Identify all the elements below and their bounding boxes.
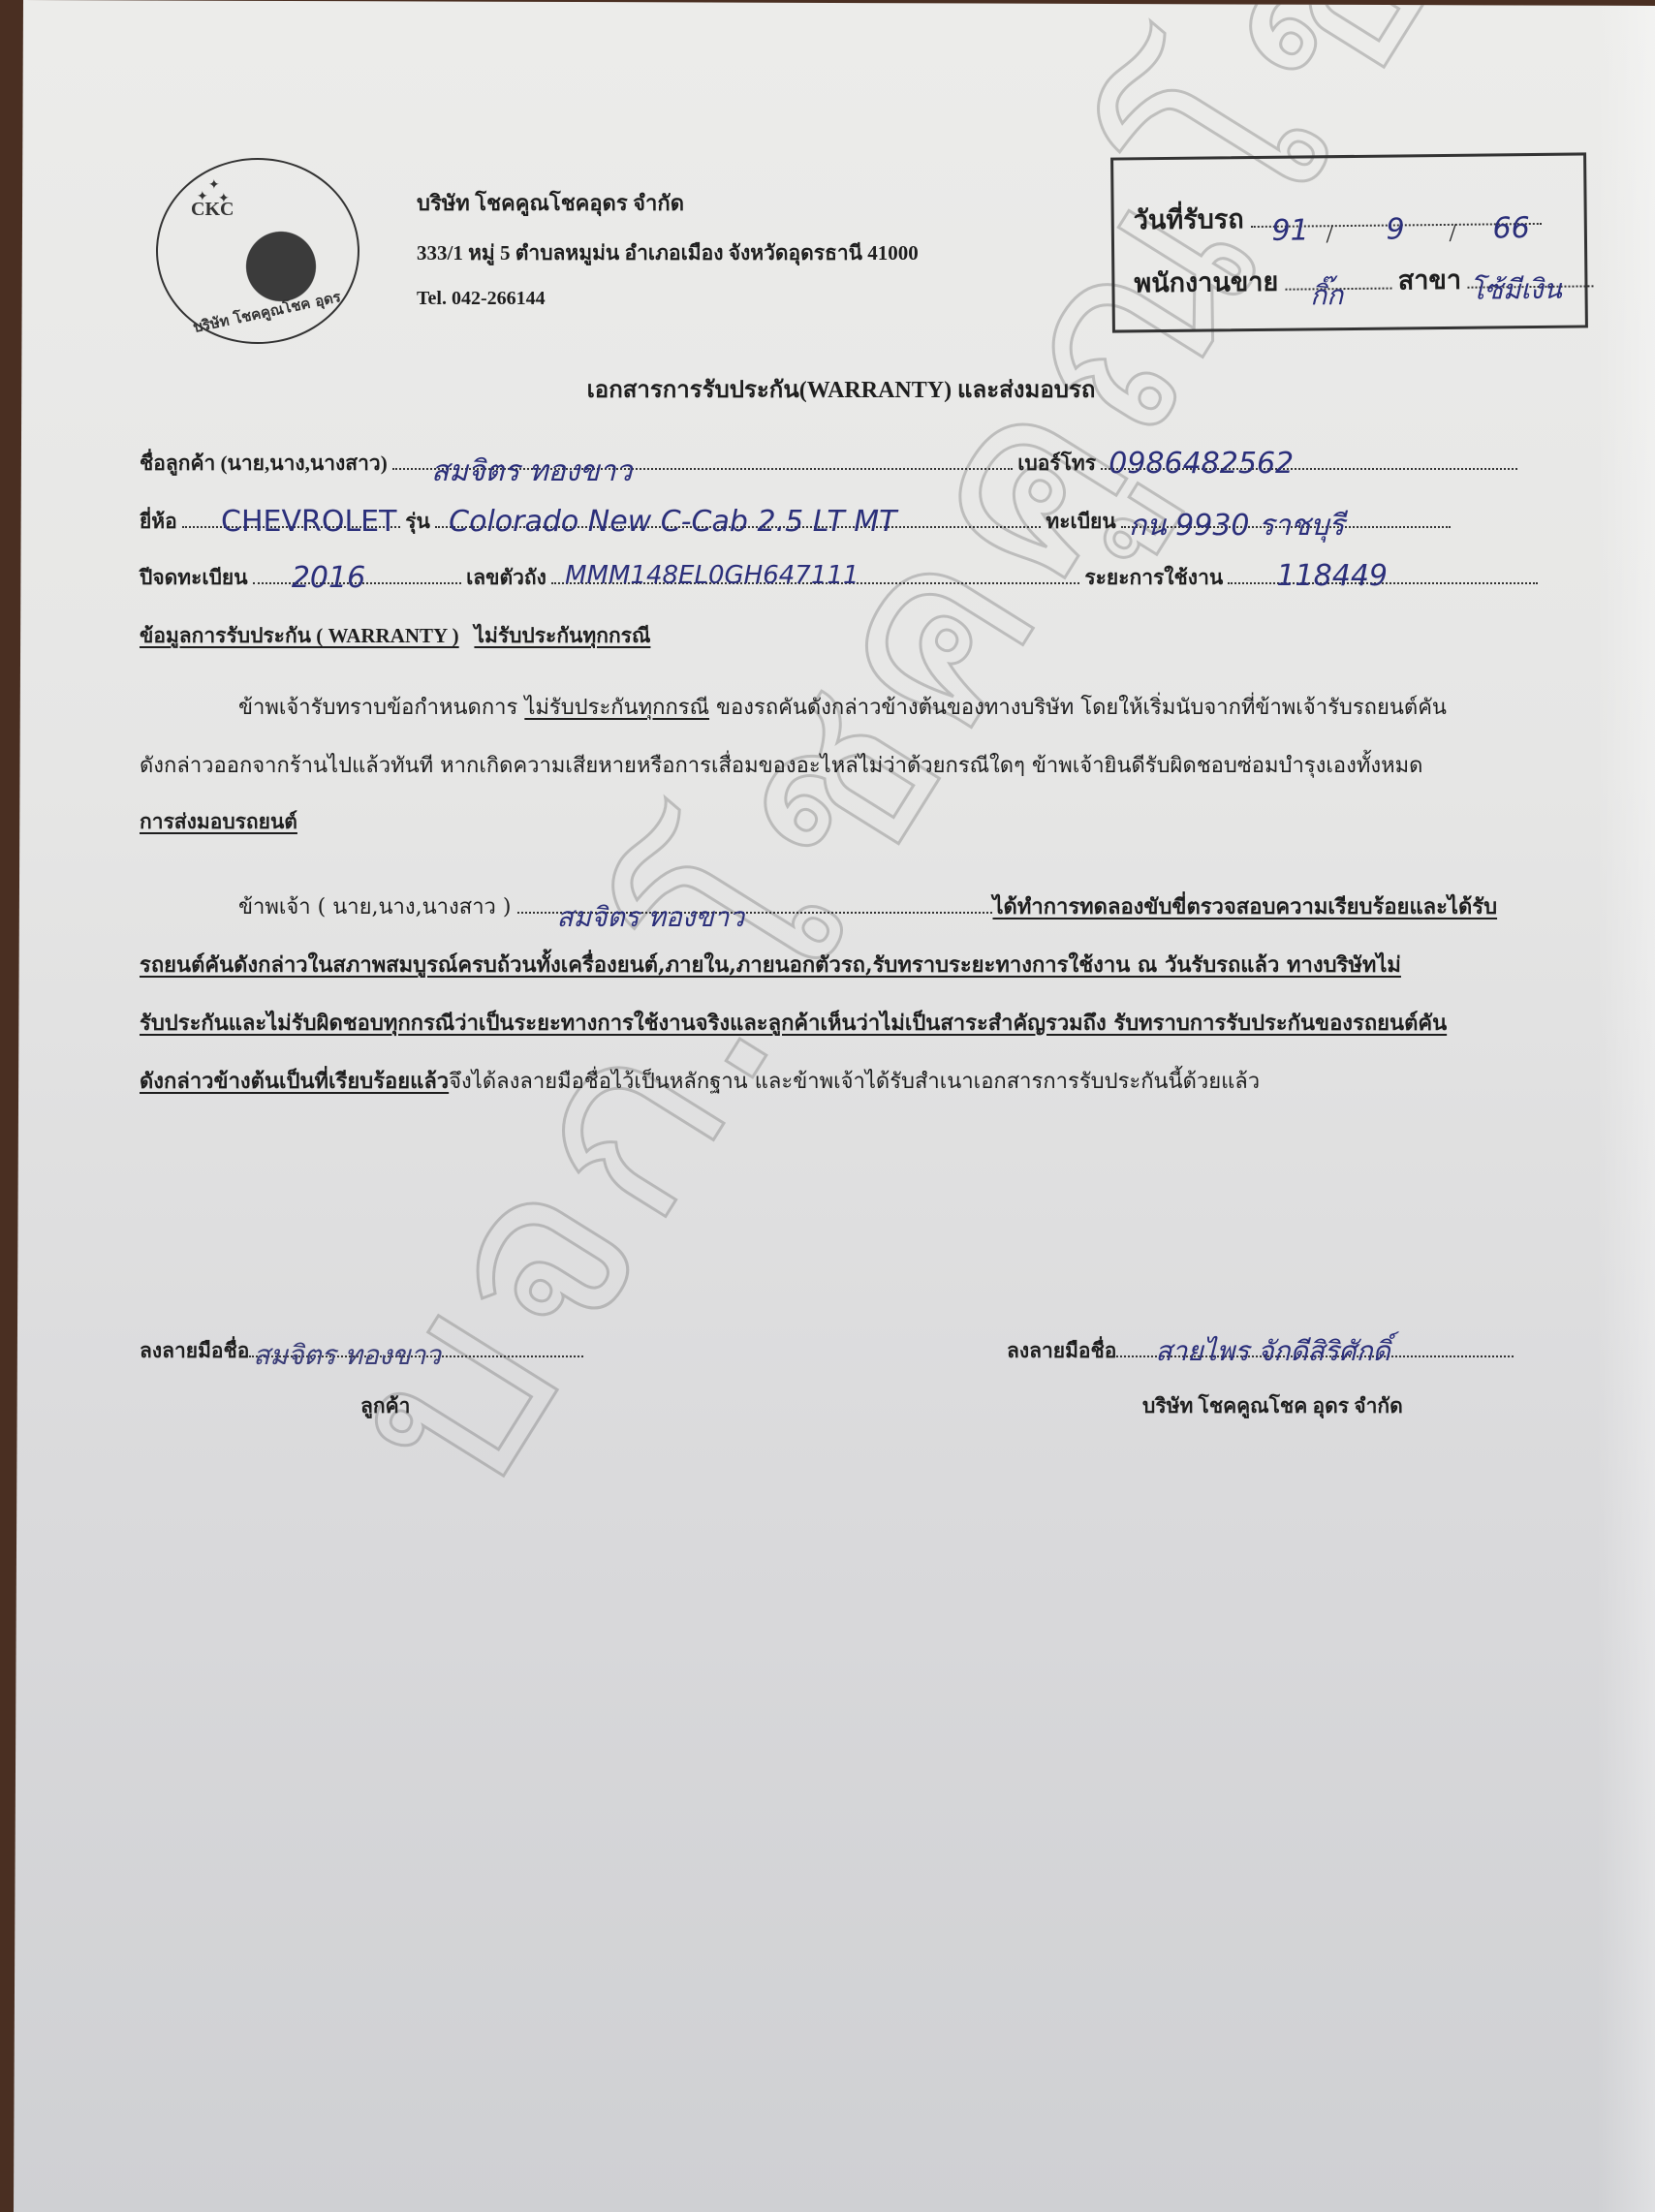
- phone-value: 0986482562: [1109, 447, 1294, 481]
- customer-row: ชื่อลูกค้า (นาย,นาง,นางสาว) สมจิตร ทองขา…: [140, 448, 1517, 480]
- receive-date-label: วันที่รับรถ: [1134, 204, 1244, 234]
- delivery-prefix: ข้าพเจ้า ( นาย,นาง,นางสาว ): [238, 895, 511, 919]
- delivery-suffix: ได้ทำการทดลองขับขี่ตรวจสอบความเรียบร้อยแ…: [992, 894, 1497, 919]
- chassis-field[interactable]: MMM148EL0GH647111: [551, 582, 1079, 584]
- document-title: เอกสารการรับประกัน(WARRANTY) และส่งมอบรถ: [14, 370, 1655, 408]
- salesperson-row: พนักงานขาย กิ๊ก สาขา โซ้มีเงิน: [1134, 257, 1594, 303]
- mileage-field[interactable]: 118449: [1228, 582, 1538, 584]
- branch-field[interactable]: โซ้มีเงิน: [1468, 285, 1594, 288]
- document-page: บจก.โชคคูณโชค ✦ ✦ ✦ CKC บริษัท โชคคูณโชค…: [14, 0, 1655, 2212]
- customer-name-label: ชื่อลูกค้า (นาย,นาง,นางสาว): [140, 452, 388, 475]
- salesperson-field[interactable]: กิ๊ก: [1285, 288, 1391, 291]
- plate-label: ทะเบียน: [1046, 510, 1115, 533]
- receive-date-year: 66: [1492, 211, 1530, 245]
- plate-field[interactable]: กน 9930 ราชบุรี: [1121, 526, 1451, 528]
- customer-signature-field[interactable]: สมจิตร ทองขาว: [249, 1355, 583, 1357]
- company-address: 333/1 หมู่ 5 ตำบลหมูม่น อำเภอเมือง จังหว…: [417, 237, 919, 269]
- phone-field[interactable]: 0986482562: [1101, 468, 1517, 470]
- customer-signature-row: ลงลายมือชื่อ สมจิตร ทองขาว: [140, 1335, 583, 1367]
- receive-date-day: 91: [1271, 213, 1309, 247]
- company-tel: Tel. 042-266144: [417, 288, 546, 310]
- company-signature-row: ลงลายมือชื่อ สายไพร จักดีสิริศักดิ์: [1007, 1335, 1514, 1367]
- phone-label: เบอร์โทร: [1017, 452, 1096, 475]
- reg-year-value: 2016: [292, 561, 365, 595]
- warranty-text: ข้าพเจ้ารับทราบข้อกำหนดการ: [238, 696, 524, 720]
- company-name: บริษัท โชคคูณโชคอุดร จำกัด: [417, 186, 684, 220]
- delivery-emphasis: ดังกล่าวข้างต้นเป็นที่เรียบร้อยแล้ว: [140, 1069, 449, 1093]
- model-field[interactable]: Colorado New C-Cab 2.5 LT MT: [435, 526, 1041, 528]
- brand-field[interactable]: CHEVROLET: [182, 526, 400, 528]
- delivery-line-1: ข้าพเจ้า ( นาย,นาง,นางสาว ) สมจิตร ทองขา…: [238, 889, 1497, 923]
- company-logo: ✦ ✦ ✦ CKC บริษัท โชคคูณโชค อุดร: [156, 158, 359, 344]
- model-label: รุ่น: [405, 510, 430, 533]
- customer-signature-label: ลงลายมือชื่อ: [140, 1339, 249, 1362]
- company-caption: บริษัท โชคคูณโชค อุดร จำกัด: [1142, 1390, 1403, 1422]
- delivery-text: จึงได้ลงลายมือชื่อไว้เป็นหลักฐาน และข้าพ…: [449, 1070, 1260, 1094]
- delivery-heading: การส่งมอบรถยนต์: [140, 806, 297, 838]
- mileage-value: 118449: [1276, 559, 1388, 593]
- mileage-label: ระยะการใช้งาน: [1084, 566, 1223, 589]
- warranty-heading-row: ข้อมูลการรับประกัน ( WARRANTY ) ไม่รับปร…: [140, 620, 650, 652]
- delivery-line-3: รับประกันและไม่รับผิดชอบทุกกรณีว่าเป็นระ…: [140, 1006, 1447, 1040]
- warranty-heading: ข้อมูลการรับประกัน ( WARRANTY ): [140, 624, 459, 647]
- receive-date-month: 9: [1386, 212, 1404, 246]
- reg-year-field[interactable]: 2016: [253, 582, 461, 584]
- customer-name-field[interactable]: สมจิตร ทองขาว: [392, 468, 1013, 470]
- customer-caption: ลูกค้า: [360, 1390, 410, 1422]
- delivery-name-field[interactable]: สมจิตร ทองขาว: [517, 912, 992, 914]
- customer-name-value: สมจิตร ทองขาว: [431, 449, 632, 494]
- delivery-name-value: สมจิตร ทองขาว: [556, 896, 744, 939]
- warranty-emphasis: ไม่รับประกันทุกกรณี: [524, 696, 709, 720]
- delivery-line-2: รถยนต์คันดังกล่าวในสภาพสมบูรณ์ครบถ้วนทั้…: [140, 948, 1401, 981]
- warranty-paragraph-line-1: ข้าพเจ้ารับทราบข้อกำหนดการ ไม่รับประกันท…: [238, 690, 1447, 724]
- model-value: Colorado New C-Cab 2.5 LT MT: [449, 505, 896, 539]
- reg-year-label: ปีจดทะเบียน: [140, 566, 248, 589]
- receipt-info-box: วันที่รับรถ 91 / 9 / 66 พนักงานขาย กิ๊ก …: [1110, 152, 1588, 332]
- brand-value: CHEVROLET: [221, 505, 396, 539]
- salesperson-value: กิ๊ก: [1310, 274, 1343, 317]
- warranty-text: ของรถคันดังกล่าวข้างต้นของทางบริษัท โดยใ…: [709, 696, 1447, 720]
- branch-value: โซ้มีเงิน: [1470, 268, 1562, 312]
- company-signature-label: ลงลายมือชื่อ: [1007, 1339, 1116, 1362]
- warranty-note: ไม่รับประกันทุกกรณี: [474, 624, 650, 647]
- receive-date-field[interactable]: 91 / 9 / 66: [1250, 223, 1541, 228]
- company-signature-field[interactable]: สายไพร จักดีสิริศักดิ์: [1116, 1355, 1514, 1357]
- chassis-value: MMM148EL0GH647111: [565, 561, 859, 590]
- brand-label: ยี่ห้อ: [140, 510, 177, 533]
- receive-date-row: วันที่รับรถ 91 / 9 / 66: [1134, 195, 1542, 240]
- branch-label: สาขา: [1398, 265, 1462, 296]
- vehicle-row: ยี่ห้อ CHEVROLET รุ่น Colorado New C-Cab…: [140, 506, 1451, 538]
- salesperson-label: พนักงานขาย: [1134, 267, 1278, 298]
- warranty-paragraph-line-2: ดังกล่าวออกจากร้านไปแล้วทันที หากเกิดควา…: [140, 748, 1422, 782]
- company-signature: สายไพร จักดีสิริศักดิ์: [1155, 1330, 1390, 1373]
- customer-signature: สมจิตร ทองขาว: [253, 1334, 441, 1377]
- delivery-line-4: ดังกล่าวข้างต้นเป็นที่เรียบร้อยแล้วจึงได…: [140, 1064, 1260, 1098]
- registration-row: ปีจดทะเบียน 2016 เลขตัวถัง MMM148EL0GH64…: [140, 562, 1538, 594]
- plate-value: กน 9930 ราชบุรี: [1129, 503, 1345, 548]
- chassis-label: เลขตัวถัง: [466, 566, 546, 589]
